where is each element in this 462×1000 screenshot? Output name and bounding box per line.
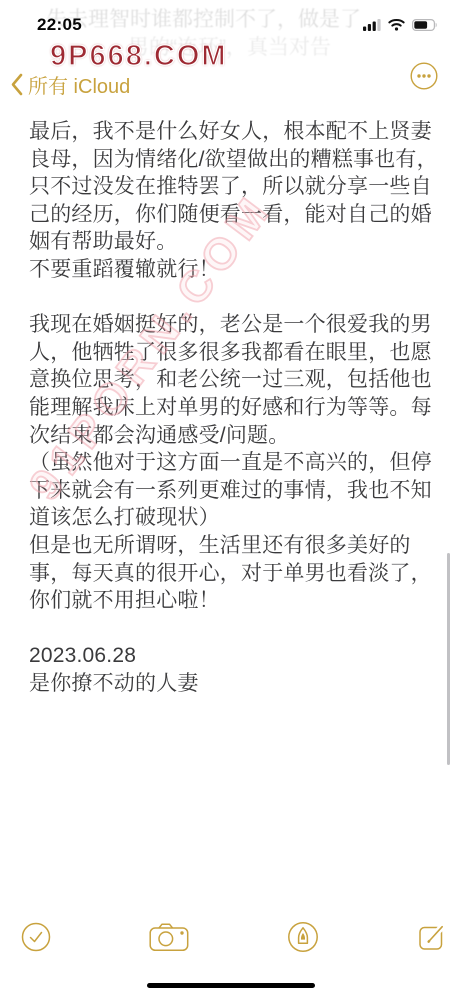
status-bar-icons	[363, 18, 438, 31]
note-text-line: 良母，因为情绪化/欲望做出的糟糕事也有，	[29, 146, 437, 174]
note-text-line: 事，每天真的很开心，对于单男也看淡了，	[29, 560, 437, 588]
chevron-left-icon	[10, 73, 23, 96]
note-text-line: 只不过没发在推特罢了，所以就分享一些自	[29, 173, 437, 201]
home-indicator[interactable]	[147, 983, 315, 988]
markup-button[interactable]	[287, 917, 319, 957]
note-text-line: 己的经历，你们随便看一看，能对自己的婚	[29, 201, 437, 229]
note-text-line: 最后，我不是什么好女人，根本配不上贤妻	[29, 118, 437, 146]
status-bar-time: 22:05	[37, 15, 82, 35]
camera-button[interactable]	[149, 917, 189, 957]
note-text-line: 能理解我床上对单男的好感和行为等等。每	[29, 394, 437, 422]
back-label: 所有 iCloud	[28, 70, 130, 99]
scrollbar[interactable]	[447, 553, 450, 765]
back-button[interactable]: 所有 iCloud	[10, 70, 130, 99]
note-text-line: 不要重蹈覆辙就行！	[29, 256, 437, 284]
markup-pen-icon	[287, 921, 319, 953]
wifi-icon	[388, 18, 405, 31]
compose-icon	[417, 922, 447, 952]
note-text-line: 次结束都会沟通感受/问题。	[29, 422, 437, 450]
battery-icon	[412, 19, 438, 31]
checklist-button[interactable]	[21, 917, 51, 957]
note-text-line: 意换位思考，和老公统一过三观，包括他也	[29, 366, 437, 394]
more-options-button[interactable]	[410, 62, 438, 90]
note-text-line	[29, 615, 437, 643]
ghost-text-line-1: 失去理智时谁都控制不了，做是了	[46, 3, 361, 33]
note-text-line: 是你撩不动的人妻	[29, 670, 437, 698]
note-text-line: 人，他牺牲了很多很多我都看在眼里，也愿	[29, 339, 437, 367]
note-text-line: 我现在婚姻挺好的，老公是一个很爱我的男	[29, 311, 437, 339]
note-text-line: 但是也无所谓呀，生活里还有很多美好的	[29, 532, 437, 560]
note-text-line: 你们就不用担心啦！	[29, 587, 437, 615]
note-text-line: 道该怎么打破现状）	[29, 504, 437, 532]
compose-button[interactable]	[417, 917, 447, 957]
note-text-line: 2023.06.28	[29, 642, 437, 670]
note-text-line: 姻有帮助最好。	[29, 228, 437, 256]
ellipsis-circle-icon	[410, 62, 438, 90]
checkmark-circle-icon	[21, 922, 51, 952]
note-text-line	[29, 284, 437, 312]
camera-icon	[149, 922, 189, 952]
site-watermark: 9P668.COM	[50, 40, 228, 73]
cellular-signal-icon	[363, 19, 381, 31]
note-body[interactable]: 最后，我不是什么好女人，根本配不上贤妻良母，因为情绪化/欲望做出的糟糕事也有，只…	[29, 118, 437, 697]
notes-app-screen: 失去理智时谁都控制不了，做是了 男的“连环”，真当对告 22:05 9P668.…	[0, 0, 462, 1000]
note-text-line: 下来就会有一系列更难过的事情，我也不知	[29, 477, 437, 505]
note-text-line: （虽然他对于这方面一直是不高兴的，但停	[29, 449, 437, 477]
